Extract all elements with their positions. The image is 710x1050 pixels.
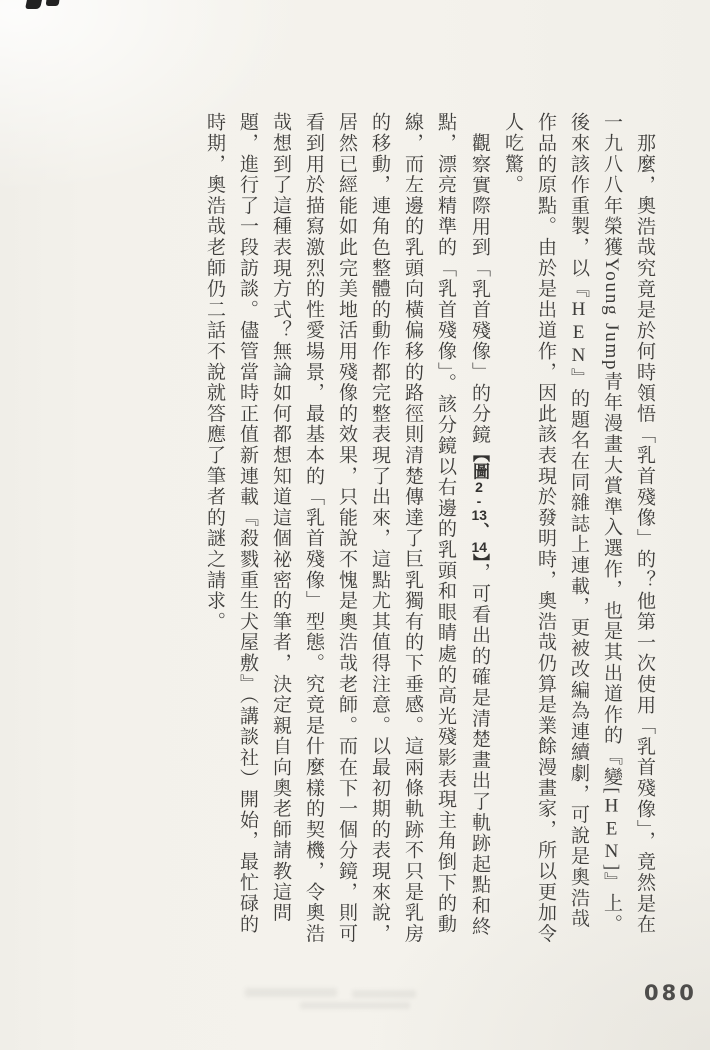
paragraph-2: 觀察實際用到「乳首殘像」的分鏡【圖2-13、14】，可看出的確是清楚畫出了軌跡起…	[198, 112, 496, 945]
scan-artifact-mark	[25, 0, 42, 9]
figure-reference: 【圖2-13、14】	[470, 445, 489, 563]
figure-number: 13	[471, 508, 487, 522]
paragraph-1: 那麼，奧浩哉究竟是於何時領悟「乳首殘像」的？他第一次使用「乳首殘像」，竟然是在一…	[496, 112, 661, 945]
vertical-text-block: 那麼，奧浩哉究竟是於何時領悟「乳首殘像」的？他第一次使用「乳首殘像」，竟然是在一…	[198, 112, 661, 945]
text-run: 觀察實際用到「乳首殘像」的分鏡	[469, 133, 490, 445]
text-run: ，可看出的確是清楚畫出了軌跡起點和終點，漂亮精準的「乳首殘像」。該分鏡以右邊的乳…	[204, 112, 490, 944]
figure-reference-bracket: 【圖	[470, 445, 489, 480]
figure-reference-bracket: 】	[470, 554, 489, 563]
page-number: 080	[644, 981, 697, 1005]
latin-upright-run: HEN	[601, 795, 622, 863]
latin-upright-run: HEN	[568, 299, 589, 367]
figure-number-separator: 、	[470, 522, 489, 540]
book-page: 那麼，奧浩哉究竟是於何時領悟「乳首殘像」的？他第一次使用「乳首殘像」，竟然是在一…	[0, 0, 710, 1050]
figure-number: 14	[471, 540, 487, 554]
figure-number-dash: -	[471, 494, 487, 508]
figure-number: 2	[471, 480, 487, 494]
scan-artifact-mark	[46, 0, 60, 6]
